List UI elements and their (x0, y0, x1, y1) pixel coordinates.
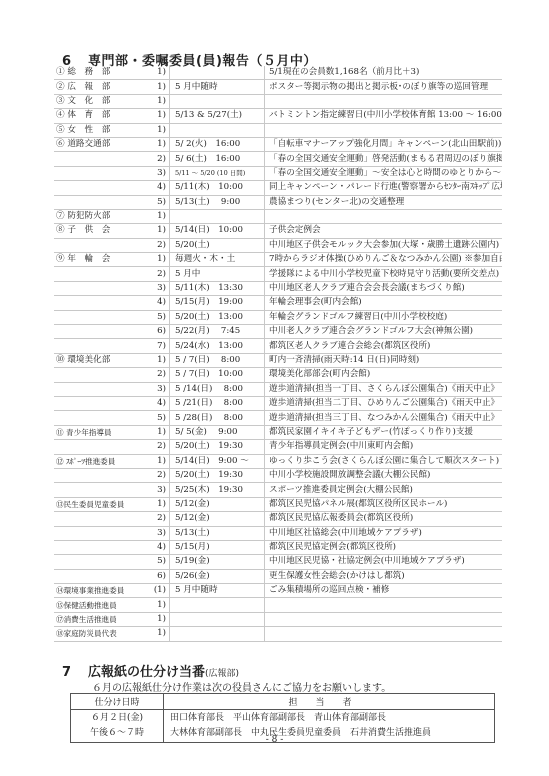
table-row: 6)5/22(月) 7:45中川老人クラブ連合会グランドゴルフ大会(神無公園) (54, 325, 502, 339)
committee-name (54, 296, 150, 310)
committee-name (54, 152, 150, 166)
event-date (170, 66, 265, 80)
event-date: 5 /28(日) 8:00 (170, 411, 265, 425)
committee-name (54, 555, 150, 569)
committee-name (54, 569, 150, 583)
committee-name: ⑧ 子 供 会 (54, 224, 150, 238)
table-row: ⑤ 女 性 部1) (54, 123, 502, 137)
committee-name (54, 195, 150, 209)
event-description: 年輪会理事会(町内会館) (265, 296, 503, 310)
item-index: 1) (150, 353, 170, 367)
event-description: 5/1現在の会員数1,168名（前月比＋3) (265, 66, 503, 80)
item-index: 1) (150, 209, 170, 223)
committee-name: ⑨ 年 輪 会 (54, 253, 150, 267)
event-date (170, 209, 265, 223)
committee-name (54, 339, 150, 353)
event-date: 5 / 7(日) 10:00 (170, 368, 265, 382)
event-date: 5/12(金) (170, 497, 265, 511)
item-index: 3) (150, 166, 170, 180)
item-index: 2) (150, 267, 170, 281)
committee-name: ⑥ 道路交通部 (54, 137, 150, 151)
item-index: 5) (150, 310, 170, 324)
event-date: 5/25(木) 19:30 (170, 483, 265, 497)
event-description (265, 627, 503, 641)
committee-name: ⑮保健活動推進員 (54, 598, 150, 612)
event-description: スポーツ推進委員定例会(大棚公民館) (265, 483, 503, 497)
table-row: ⑮保健活動推進員1) (54, 598, 502, 612)
item-index: 7) (150, 339, 170, 353)
table-row: 2)5/12(金)都筑区民児協広報委員会(都筑区役所) (54, 512, 502, 526)
event-date: 5/14(日) 9:00 ～ (170, 454, 265, 468)
event-date: 5/20(土) 19:30 (170, 468, 265, 482)
event-date: 5/13(土) (170, 526, 265, 540)
event-description: 都筑民家園イキイキ子どもデー(竹ぽっくり作り)支援 (265, 425, 503, 439)
committee-name (54, 396, 150, 410)
table-row: 2)5 / 7(日) 10:00環境美化部部会(町内会館) (54, 368, 502, 382)
committee-name: ② 広 報 部 (54, 80, 150, 94)
event-date: 5/22(月) 7:45 (170, 325, 265, 339)
section-7-title: 7広報紙の仕分け当番(広報部) (62, 661, 239, 680)
item-index: 2) (150, 512, 170, 526)
event-description: 年輪会グランドゴルフ練習日(中川小学校校庭) (265, 310, 503, 324)
event-description: 町内一斉清掃(雨天時:14 日(日)同時刻) (265, 353, 503, 367)
event-date: 5/26(金) (170, 569, 265, 583)
event-date: 5 /21(日) 8:00 (170, 396, 265, 410)
event-description (265, 612, 503, 626)
event-description: 更生保護女性会総会(かけはし都筑) (265, 569, 503, 583)
event-date: 5/19(金) (170, 555, 265, 569)
duty-people-line: 田口体育部長 平山体育部副部長 青山体育部副部長 (170, 711, 490, 726)
committee-name: ⑰消費生活推進員 (54, 612, 150, 626)
event-description: 中川地区老人クラブ連合会会長会議(まちづくり館) (265, 281, 503, 295)
committee-name (54, 526, 150, 540)
event-date: 5/20(土) 13:00 (170, 310, 265, 324)
item-index: 2) (150, 368, 170, 382)
event-description: 都筑区民児協定例会(都筑区役所) (265, 540, 503, 554)
event-description: 都筑区民児協パネル展(都筑区役所区民ホール) (265, 497, 503, 511)
item-index: 1) (150, 598, 170, 612)
item-index: 1) (150, 627, 170, 641)
event-description: 同上キャンペーン・パレード行進(警察署からｾﾝﾀｰ南ｽｷｯﾌﾟ広場) (265, 181, 503, 195)
event-date: 5/20(土) 19:30 (170, 440, 265, 454)
event-date: 5 月中随時 (170, 80, 265, 94)
event-date: 5 月中随時 (170, 584, 265, 598)
committee-name: ⑱家庭防災員代表 (54, 627, 150, 641)
table-row: ③ 文 化 部1) (54, 94, 502, 108)
event-date: 5/13(土) 9:00 (170, 195, 265, 209)
section-heading: 広報紙の仕分け当番 (88, 665, 205, 680)
committee-name (54, 310, 150, 324)
event-description: 中川小学校施設開放調整会議(大棚公民館) (265, 468, 503, 482)
table-row: ⑪ 青少年指導員1)5/ 5(金) 9:00都筑民家園イキイキ子どもデー(竹ぽっ… (54, 425, 502, 439)
table-row: 5)5/13(土) 9:00農協まつり(センター北)の交通整理 (54, 195, 502, 209)
committee-name: ⑭環境事業推進委員 (54, 584, 150, 598)
committee-name (54, 325, 150, 339)
item-index: 3) (150, 526, 170, 540)
event-date: 5 月中 (170, 267, 265, 281)
event-description: 「自転車マナーアップ強化月間」キャンペーン(北山田駅前)) (265, 137, 503, 151)
event-description: 「春の全国交通安全運動」～安全は心と時間のゆとりから～ (265, 166, 503, 180)
table-row: ⑧ 子 供 会1)5/14(日) 10:00子供会定例会 (54, 224, 502, 238)
committee-name: ⑦ 防犯防火部 (54, 209, 150, 223)
committee-name: ④ 体 育 部 (54, 109, 150, 123)
table-row: 6)5/26(金)更生保護女性会総会(かけはし都筑) (54, 569, 502, 583)
event-date: 5 /14(日) 8:00 (170, 382, 265, 396)
event-description: 中川地区民児協・社協定例会(中川地域ケアプラザ) (265, 555, 503, 569)
event-date: 5/11(木) 10:00 (170, 181, 265, 195)
item-index: 4) (150, 396, 170, 410)
committee-name (54, 281, 150, 295)
item-index: 1) (150, 137, 170, 151)
item-index: 5) (150, 555, 170, 569)
event-description: 学援隊による中川小学校児童下校時見守り活動(要所交差点) (265, 267, 503, 281)
item-index: 1) (150, 454, 170, 468)
item-index: 5) (150, 195, 170, 209)
event-date: 5/11 ～ 5/20 (10 日間) (170, 166, 265, 180)
table-row: 3)5 /14(日) 8:00遊歩道清掃(担当一丁目、さくらんぼ公園集合)《雨天… (54, 382, 502, 396)
committee-name: ① 総 務 部 (54, 66, 150, 80)
event-description: 遊歩道清掃(担当一丁目、さくらんぼ公園集合)《雨天中止》 (265, 382, 503, 396)
header-date: 仕分け日時 (71, 694, 164, 710)
table-row: ⑥ 道路交通部1)5/ 2(火) 16:00「自転車マナーアップ強化月間」キャン… (54, 137, 502, 151)
item-index: 3) (150, 382, 170, 396)
table-row: 2)5/20(土)中川地区子供会モルック大会参加(大塚・歳勝土遺跡公園内) (54, 238, 502, 252)
item-index: 1) (150, 612, 170, 626)
item-index: 2) (150, 440, 170, 454)
committee-name: ⑬民生委員児童委員 (54, 497, 150, 511)
event-description: 青少年指導員定例会(中川東町内会館) (265, 440, 503, 454)
event-description (265, 598, 503, 612)
event-description: 中川老人クラブ連合会グランドゴルフ大会(神無公園) (265, 325, 503, 339)
duty-header-row: 仕分け日時 担当者 (71, 694, 495, 710)
event-date (170, 598, 265, 612)
event-description: 中川地区社協総会(中川地域ケアプラザ) (265, 526, 503, 540)
table-row: 3)5/11(木) 13:30中川地区老人クラブ連合会会長会議(まちづくり館) (54, 281, 502, 295)
event-date (170, 612, 265, 626)
item-index: 6) (150, 325, 170, 339)
table-row: ⑦ 防犯防火部1) (54, 209, 502, 223)
table-row: 2)5/20(土) 19:30中川小学校施設開放調整会議(大棚公民館) (54, 468, 502, 482)
event-date: 5/ 6(土) 16:00 (170, 152, 265, 166)
item-index: (1) (150, 584, 170, 598)
event-date (170, 627, 265, 641)
item-index: 1) (150, 224, 170, 238)
table-row: 3)5/25(木) 19:30スポーツ推進委員定例会(大棚公民館) (54, 483, 502, 497)
event-date: 毎週火・木・土 (170, 253, 265, 267)
committee-name: ⑩ 環境美化部 (54, 353, 150, 367)
table-row: ⑰消費生活推進員1) (54, 612, 502, 626)
event-date (170, 94, 265, 108)
event-description (265, 94, 503, 108)
committee-name (54, 382, 150, 396)
section-7-intro: ６月の広報紙仕分け作業は次の役員さんにご協力をお願いします。 (92, 679, 391, 694)
table-row: 2)5/ 6(土) 16:00「春の全国交通安全運動」啓発活動(まもる君周辺のぼ… (54, 152, 502, 166)
event-date: 5/15(月) (170, 540, 265, 554)
table-row: ⑬民生委員児童委員1)5/12(金)都筑区民児協パネル展(都筑区役所区民ホール) (54, 497, 502, 511)
event-date: 5/12(金) (170, 512, 265, 526)
table-row: 5)5/19(金)中川地区民児協・社協定例会(中川地域ケアプラザ) (54, 555, 502, 569)
item-index: 4) (150, 296, 170, 310)
event-description: 都筑区民児協広報委員会(都筑区役所) (265, 512, 503, 526)
item-index: 4) (150, 181, 170, 195)
section-number: 7 (62, 665, 88, 680)
event-description: ゆっくり歩こう会(さくらんぼ公園に集合して順次スタート) (265, 454, 503, 468)
duty-date-line: ６月２日(金) (75, 711, 159, 726)
committee-name (54, 468, 150, 482)
committee-name: ⑪ 青少年指導員 (54, 425, 150, 439)
committee-name (54, 512, 150, 526)
committee-name (54, 368, 150, 382)
table-row: ⑱家庭防災員代表1) (54, 627, 502, 641)
item-index: 1) (150, 425, 170, 439)
document-page: 6専門部・委嘱委員(員)報告（５月中） ① 総 務 部1)5/1現在の会員数1,… (0, 0, 549, 776)
committee-name (54, 411, 150, 425)
header-people: 担当者 (164, 694, 495, 710)
page-number: - 8 - (0, 735, 549, 745)
committee-name: ⑫ ｽﾎﾟｰﾂ推進委員 (54, 454, 150, 468)
table-row: 4)5 /21(日) 8:00遊歩道清掃(担当二丁目、ひめりんご公園集合)《雨天… (54, 396, 502, 410)
event-description (265, 123, 503, 137)
committee-name: ③ 文 化 部 (54, 94, 150, 108)
table-row: 5)5/20(土) 13:00年輪会グランドゴルフ練習日(中川小学校校庭) (54, 310, 502, 324)
event-date (170, 123, 265, 137)
table-row: 4)5/15(月) 19:00年輪会理事会(町内会館) (54, 296, 502, 310)
committee-name (54, 238, 150, 252)
event-date: 5/15(月) 19:00 (170, 296, 265, 310)
table-row: ④ 体 育 部1)5/13 & 5/27(土)バトミントン指定練習日(中川小学校… (54, 109, 502, 123)
table-row: 7)5/24(水) 13:00都筑区老人クラブ連合会総会(都筑区役所) (54, 339, 502, 353)
item-index: 1) (150, 94, 170, 108)
item-index: 4) (150, 540, 170, 554)
event-description (265, 209, 503, 223)
committee-name (54, 166, 150, 180)
item-index: 2) (150, 152, 170, 166)
item-index: 3) (150, 483, 170, 497)
event-description: バトミントン指定練習日(中川小学校体育館 13:00 ～ 16:00) (265, 109, 503, 123)
event-description: 7時からラジオ体操(ひめりんご＆なつみかん公園) ※参加自由 (265, 253, 503, 267)
item-index: 2) (150, 238, 170, 252)
event-date: 5/ 2(火) 16:00 (170, 137, 265, 151)
table-row: 3)5/11 ～ 5/20 (10 日間)「春の全国交通安全運動」～安全は心と時… (54, 166, 502, 180)
table-row: 5)5 /28(日) 8:00遊歩道清掃(担当三丁目、なつみかん公園集合)《雨天… (54, 411, 502, 425)
event-description: 中川地区子供会モルック大会参加(大塚・歳勝土遺跡公園内) (265, 238, 503, 252)
committee-name (54, 267, 150, 281)
event-date: 5/14(日) 10:00 (170, 224, 265, 238)
item-index: 3) (150, 281, 170, 295)
event-date: 5/13 & 5/27(土) (170, 109, 265, 123)
table-row: 2)5 月中学援隊による中川小学校児童下校時見守り活動(要所交差点) (54, 267, 502, 281)
table-row: ⑨ 年 輪 会1)毎週火・木・土7時からラジオ体操(ひめりんご＆なつみかん公園)… (54, 253, 502, 267)
event-description: 「春の全国交通安全運動」啓発活動(まもる君周辺のぼり旗掲出) (265, 152, 503, 166)
event-date: 5/11(木) 13:30 (170, 281, 265, 295)
committee-name (54, 440, 150, 454)
table-row: ⑭環境事業推進委員(1)5 月中随時ごみ集積場所の巡回点検・補修 (54, 584, 502, 598)
event-date: 5/24(水) 13:00 (170, 339, 265, 353)
table-row: ⑫ ｽﾎﾟｰﾂ推進委員1)5/14(日) 9:00 ～ゆっくり歩こう会(さくらん… (54, 454, 502, 468)
table-row: 4)5/11(木) 10:00同上キャンペーン・パレード行進(警察署からｾﾝﾀｰ… (54, 181, 502, 195)
item-index: 1) (150, 80, 170, 94)
event-description: 農協まつり(センター北)の交通整理 (265, 195, 503, 209)
section-subtitle: (広報部) (205, 669, 239, 679)
table-row: ⑩ 環境美化部1)5 / 7(日) 8:00町内一斉清掃(雨天時:14 日(日)… (54, 353, 502, 367)
committee-name (54, 540, 150, 554)
event-description: 遊歩道清掃(担当二丁目、ひめりんご公園集合)《雨天中止》 (265, 396, 503, 410)
item-index: 1) (150, 253, 170, 267)
table-row: ② 広 報 部1)5 月中随時ポスター等掲示物の掲出と掲示板･のぼり旗等の巡回管… (54, 80, 502, 94)
table-row: 3)5/13(土)中川地区社協総会(中川地域ケアプラザ) (54, 526, 502, 540)
event-date: 5/20(土) (170, 238, 265, 252)
item-index: 1) (150, 109, 170, 123)
item-index: 1) (150, 123, 170, 137)
event-description: 都筑区老人クラブ連合会総会(都筑区役所) (265, 339, 503, 353)
event-description: 遊歩道清掃(担当三丁目、なつみかん公園集合)《雨天中止》 (265, 411, 503, 425)
item-index: 2) (150, 468, 170, 482)
table-row: ① 総 務 部1)5/1現在の会員数1,168名（前月比＋3) (54, 66, 502, 80)
event-date: 5/ 5(金) 9:00 (170, 425, 265, 439)
table-row: 4)5/15(月)都筑区民児協定例会(都筑区役所) (54, 540, 502, 554)
item-index: 6) (150, 569, 170, 583)
committee-name (54, 181, 150, 195)
table-row: 2)5/20(土) 19:30青少年指導員定例会(中川東町内会館) (54, 440, 502, 454)
item-index: 5) (150, 411, 170, 425)
committee-name: ⑤ 女 性 部 (54, 123, 150, 137)
item-index: 1) (150, 497, 170, 511)
report-table: ① 総 務 部1)5/1現在の会員数1,168名（前月比＋3)② 広 報 部1)… (54, 66, 502, 642)
event-date: 5 / 7(日) 8:00 (170, 353, 265, 367)
event-description: ごみ集積場所の巡回点検・補修 (265, 584, 503, 598)
event-description: 子供会定例会 (265, 224, 503, 238)
committee-name (54, 483, 150, 497)
item-index: 1) (150, 66, 170, 80)
event-description: ポスター等掲示物の掲出と掲示板･のぼり旗等の巡回管理 (265, 80, 503, 94)
event-description: 環境美化部部会(町内会館) (265, 368, 503, 382)
